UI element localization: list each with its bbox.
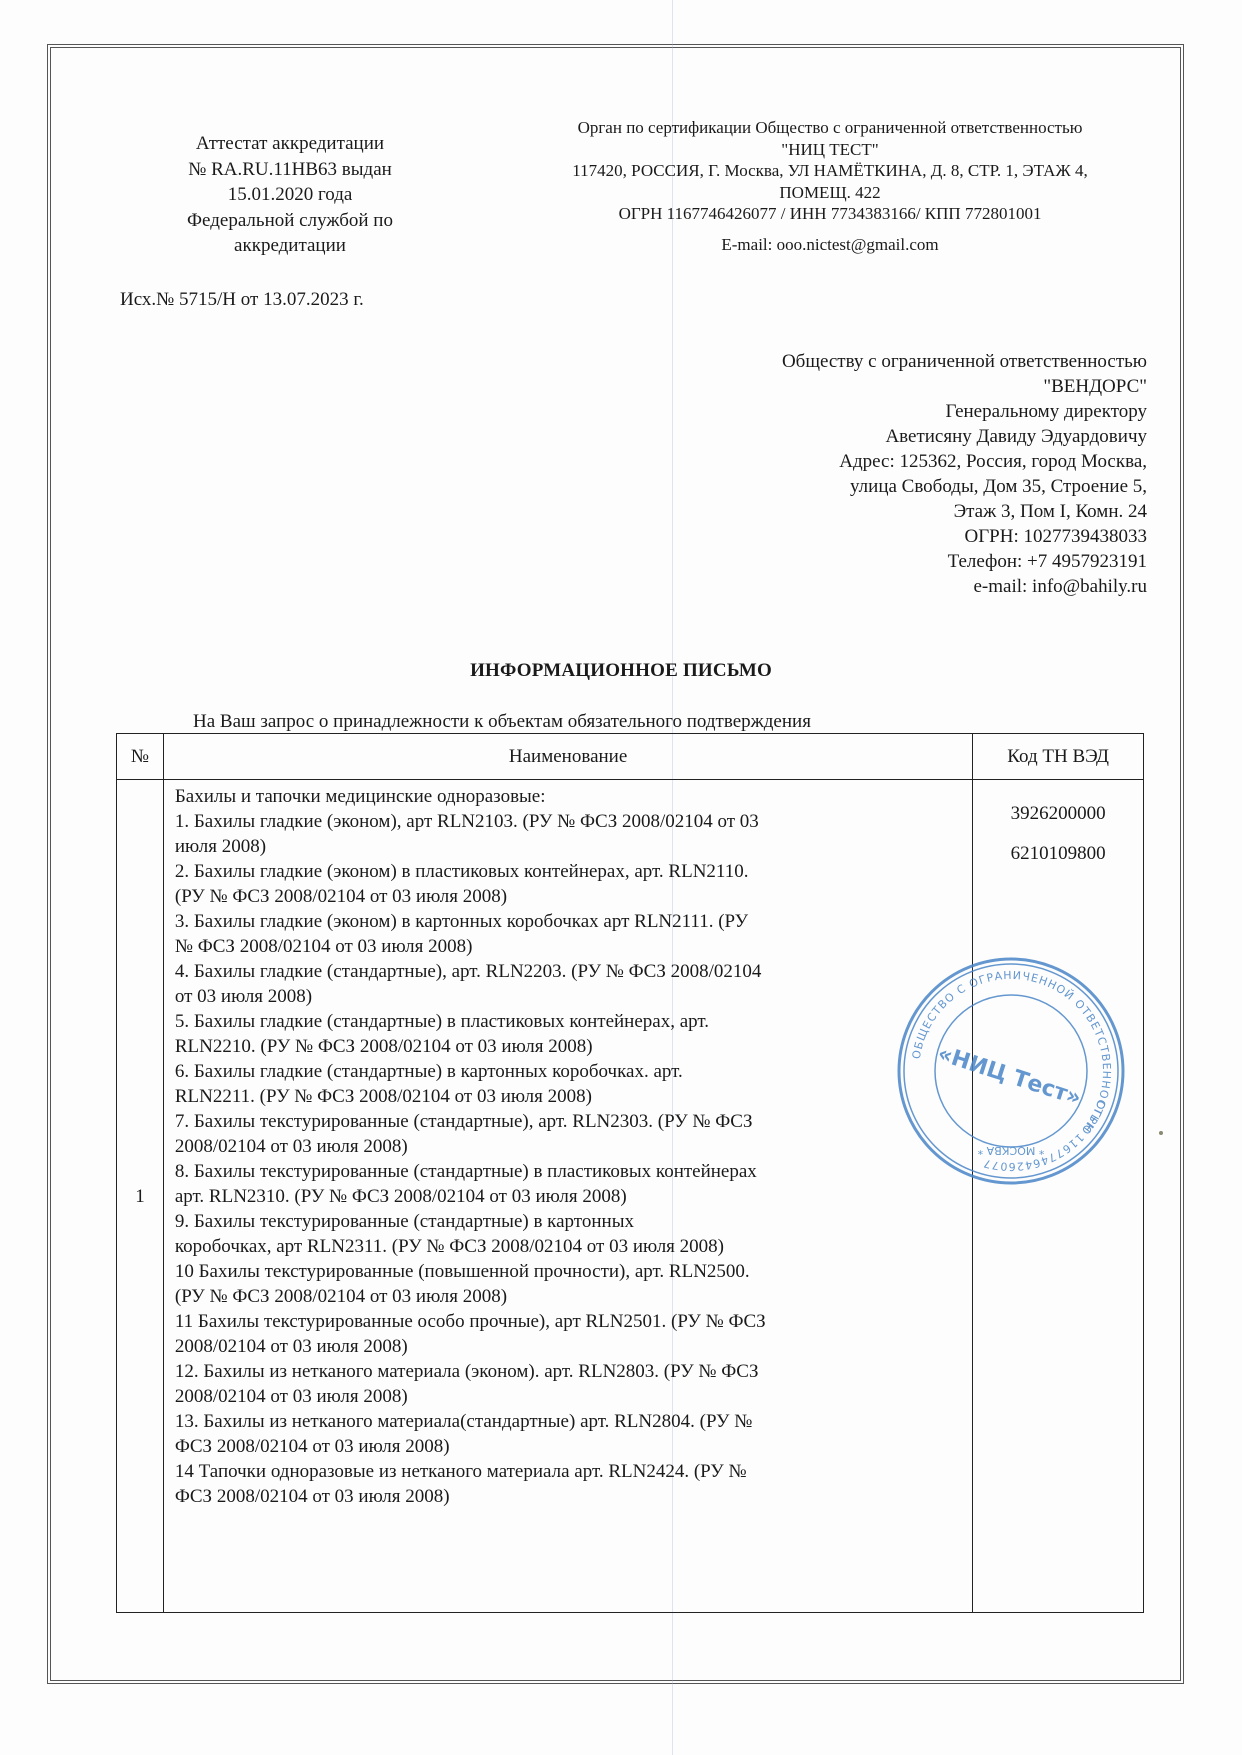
recipient-line: Обществу с ограниченной ответственностью bbox=[782, 349, 1147, 374]
product-line: 13. Бахилы из нетканого материала(станда… bbox=[175, 1409, 962, 1434]
recipient-line: Генеральному директору bbox=[782, 399, 1147, 424]
product-line: 4. Бахилы гладкие (стандартные), арт. RL… bbox=[175, 959, 962, 984]
product-line: 12. Бахилы из нетканого материала (эконо… bbox=[175, 1359, 962, 1384]
product-line: 5. Бахилы гладкие (стандартные) в пласти… bbox=[175, 1009, 962, 1034]
letter-title: ИНФОРМАЦИОННОЕ ПИСЬМО bbox=[0, 660, 1242, 682]
cert-body-line: 117420, РОССИЯ, Г. Москва, УЛ НАМЁТКИНА,… bbox=[510, 160, 1150, 182]
cert-body-line: ОГРН 1167746426077 / ИНН 7734383166/ КПП… bbox=[510, 203, 1150, 225]
product-line: 9. Бахилы текстурированные (стандартные)… bbox=[175, 1209, 962, 1234]
cert-body-line: Орган по сертификации Общество с огранич… bbox=[510, 117, 1150, 139]
header-num: № bbox=[117, 734, 164, 780]
row-number: 1 bbox=[117, 780, 164, 1613]
product-line: ФСЗ 2008/02104 от 03 июля 2008) bbox=[175, 1484, 962, 1509]
letter-intro: На Ваш запрос о принадлежности к объекта… bbox=[193, 711, 811, 733]
recipient-line: улица Свободы, Дом 35, Строение 5, bbox=[782, 474, 1147, 499]
product-line: 2008/02104 от 03 июля 2008) bbox=[175, 1384, 962, 1409]
accreditation-line: Аттестат аккредитации bbox=[150, 131, 430, 157]
product-line: ФСЗ 2008/02104 от 03 июля 2008) bbox=[175, 1434, 962, 1459]
product-line: коробочках, арт RLN2311. (РУ № ФСЗ 2008/… bbox=[175, 1234, 962, 1259]
recipient-line: Адрес: 125362, Россия, город Москва, bbox=[782, 449, 1147, 474]
product-line: 14 Тапочки одноразовые из нетканого мате… bbox=[175, 1459, 962, 1484]
product-line: 2008/02104 от 03 июля 2008) bbox=[175, 1134, 962, 1159]
accreditation-line: Федеральной службой по bbox=[150, 208, 430, 234]
cert-body-email: E-mail: ooo.nictest@gmail.com bbox=[510, 234, 1150, 256]
recipient-line: Телефон: +7 4957923191 bbox=[782, 549, 1147, 574]
product-line: арт. RLN2310. (РУ № ФСЗ 2008/02104 от 03… bbox=[175, 1184, 962, 1209]
product-line: 11 Бахилы текстурированные особо прочные… bbox=[175, 1309, 962, 1334]
hs-code: 3926200000 bbox=[973, 794, 1143, 834]
product-line: 7. Бахилы текстурированные (стандартные)… bbox=[175, 1109, 962, 1134]
product-line: июля 2008) bbox=[175, 834, 962, 859]
product-line: 2. Бахилы гладкие (эконом) в пластиковых… bbox=[175, 859, 962, 884]
product-line: от 03 июля 2008) bbox=[175, 984, 962, 1009]
product-line: 10 Бахилы текстурированные (повышенной п… bbox=[175, 1259, 962, 1284]
product-line: (РУ № ФСЗ 2008/02104 от 03 июля 2008) bbox=[175, 884, 962, 909]
product-line: 3. Бахилы гладкие (эконом) в картонных к… bbox=[175, 909, 962, 934]
product-line: RLN2210. (РУ № ФСЗ 2008/02104 от 03 июля… bbox=[175, 1034, 962, 1059]
product-line: RLN2211. (РУ № ФСЗ 2008/02104 от 03 июля… bbox=[175, 1084, 962, 1109]
cert-body-line: ПОМЕЩ. 422 bbox=[510, 182, 1150, 204]
product-line: 6. Бахилы гладкие (стандартные) в картон… bbox=[175, 1059, 962, 1084]
product-line: № ФСЗ 2008/02104 от 03 июля 2008) bbox=[175, 934, 962, 959]
table-header-row: № Наименование Код ТН ВЭД bbox=[117, 734, 1144, 780]
certification-body-header: Орган по сертификации Общество с огранич… bbox=[510, 117, 1150, 255]
recipient-line: Аветисяну Давиду Эдуардовичу bbox=[782, 424, 1147, 449]
outgoing-reference: Исх.№ 5715/Н от 13.07.2023 г. bbox=[120, 287, 364, 312]
hs-code-cell: 3926200000 6210109800 bbox=[973, 780, 1144, 1613]
product-line: Бахилы и тапочки медицинские одноразовые… bbox=[175, 784, 962, 809]
product-line: 1. Бахилы гладкие (эконом), арт RLN2103.… bbox=[175, 809, 962, 834]
header-code: Код ТН ВЭД bbox=[973, 734, 1144, 780]
hs-code: 6210109800 bbox=[973, 834, 1143, 874]
product-line: (РУ № ФСЗ 2008/02104 от 03 июля 2008) bbox=[175, 1284, 962, 1309]
scan-speck bbox=[1159, 1131, 1163, 1135]
product-line: 8. Бахилы текстурированные (стандартные)… bbox=[175, 1159, 962, 1184]
accreditation-line: аккредитации bbox=[150, 233, 430, 259]
recipient-line: ОГРН: 1027739438033 bbox=[782, 524, 1147, 549]
cert-body-line: "НИЦ ТЕСТ" bbox=[510, 139, 1150, 161]
header-name: Наименование bbox=[163, 734, 972, 780]
recipient-line: Этаж 3, Пом I, Комн. 24 bbox=[782, 499, 1147, 524]
recipient-block: Обществу с ограниченной ответственностью… bbox=[782, 349, 1147, 599]
accreditation-block: Аттестат аккредитации № RA.RU.11НВ63 выд… bbox=[150, 131, 430, 259]
accreditation-line: 15.01.2020 года bbox=[150, 182, 430, 208]
product-line: 2008/02104 от 03 июля 2008) bbox=[175, 1334, 962, 1359]
table-row: 1 Бахилы и тапочки медицинские одноразов… bbox=[117, 780, 1144, 1613]
recipient-line: e-mail: info@bahily.ru bbox=[782, 574, 1147, 599]
accreditation-line: № RA.RU.11НВ63 выдан bbox=[150, 157, 430, 183]
products-table: № Наименование Код ТН ВЭД 1 Бахилы и тап… bbox=[116, 733, 1144, 1613]
recipient-line: "ВЕНДОРС" bbox=[782, 374, 1147, 399]
product-list-cell: Бахилы и тапочки медицинские одноразовые… bbox=[163, 780, 972, 1613]
